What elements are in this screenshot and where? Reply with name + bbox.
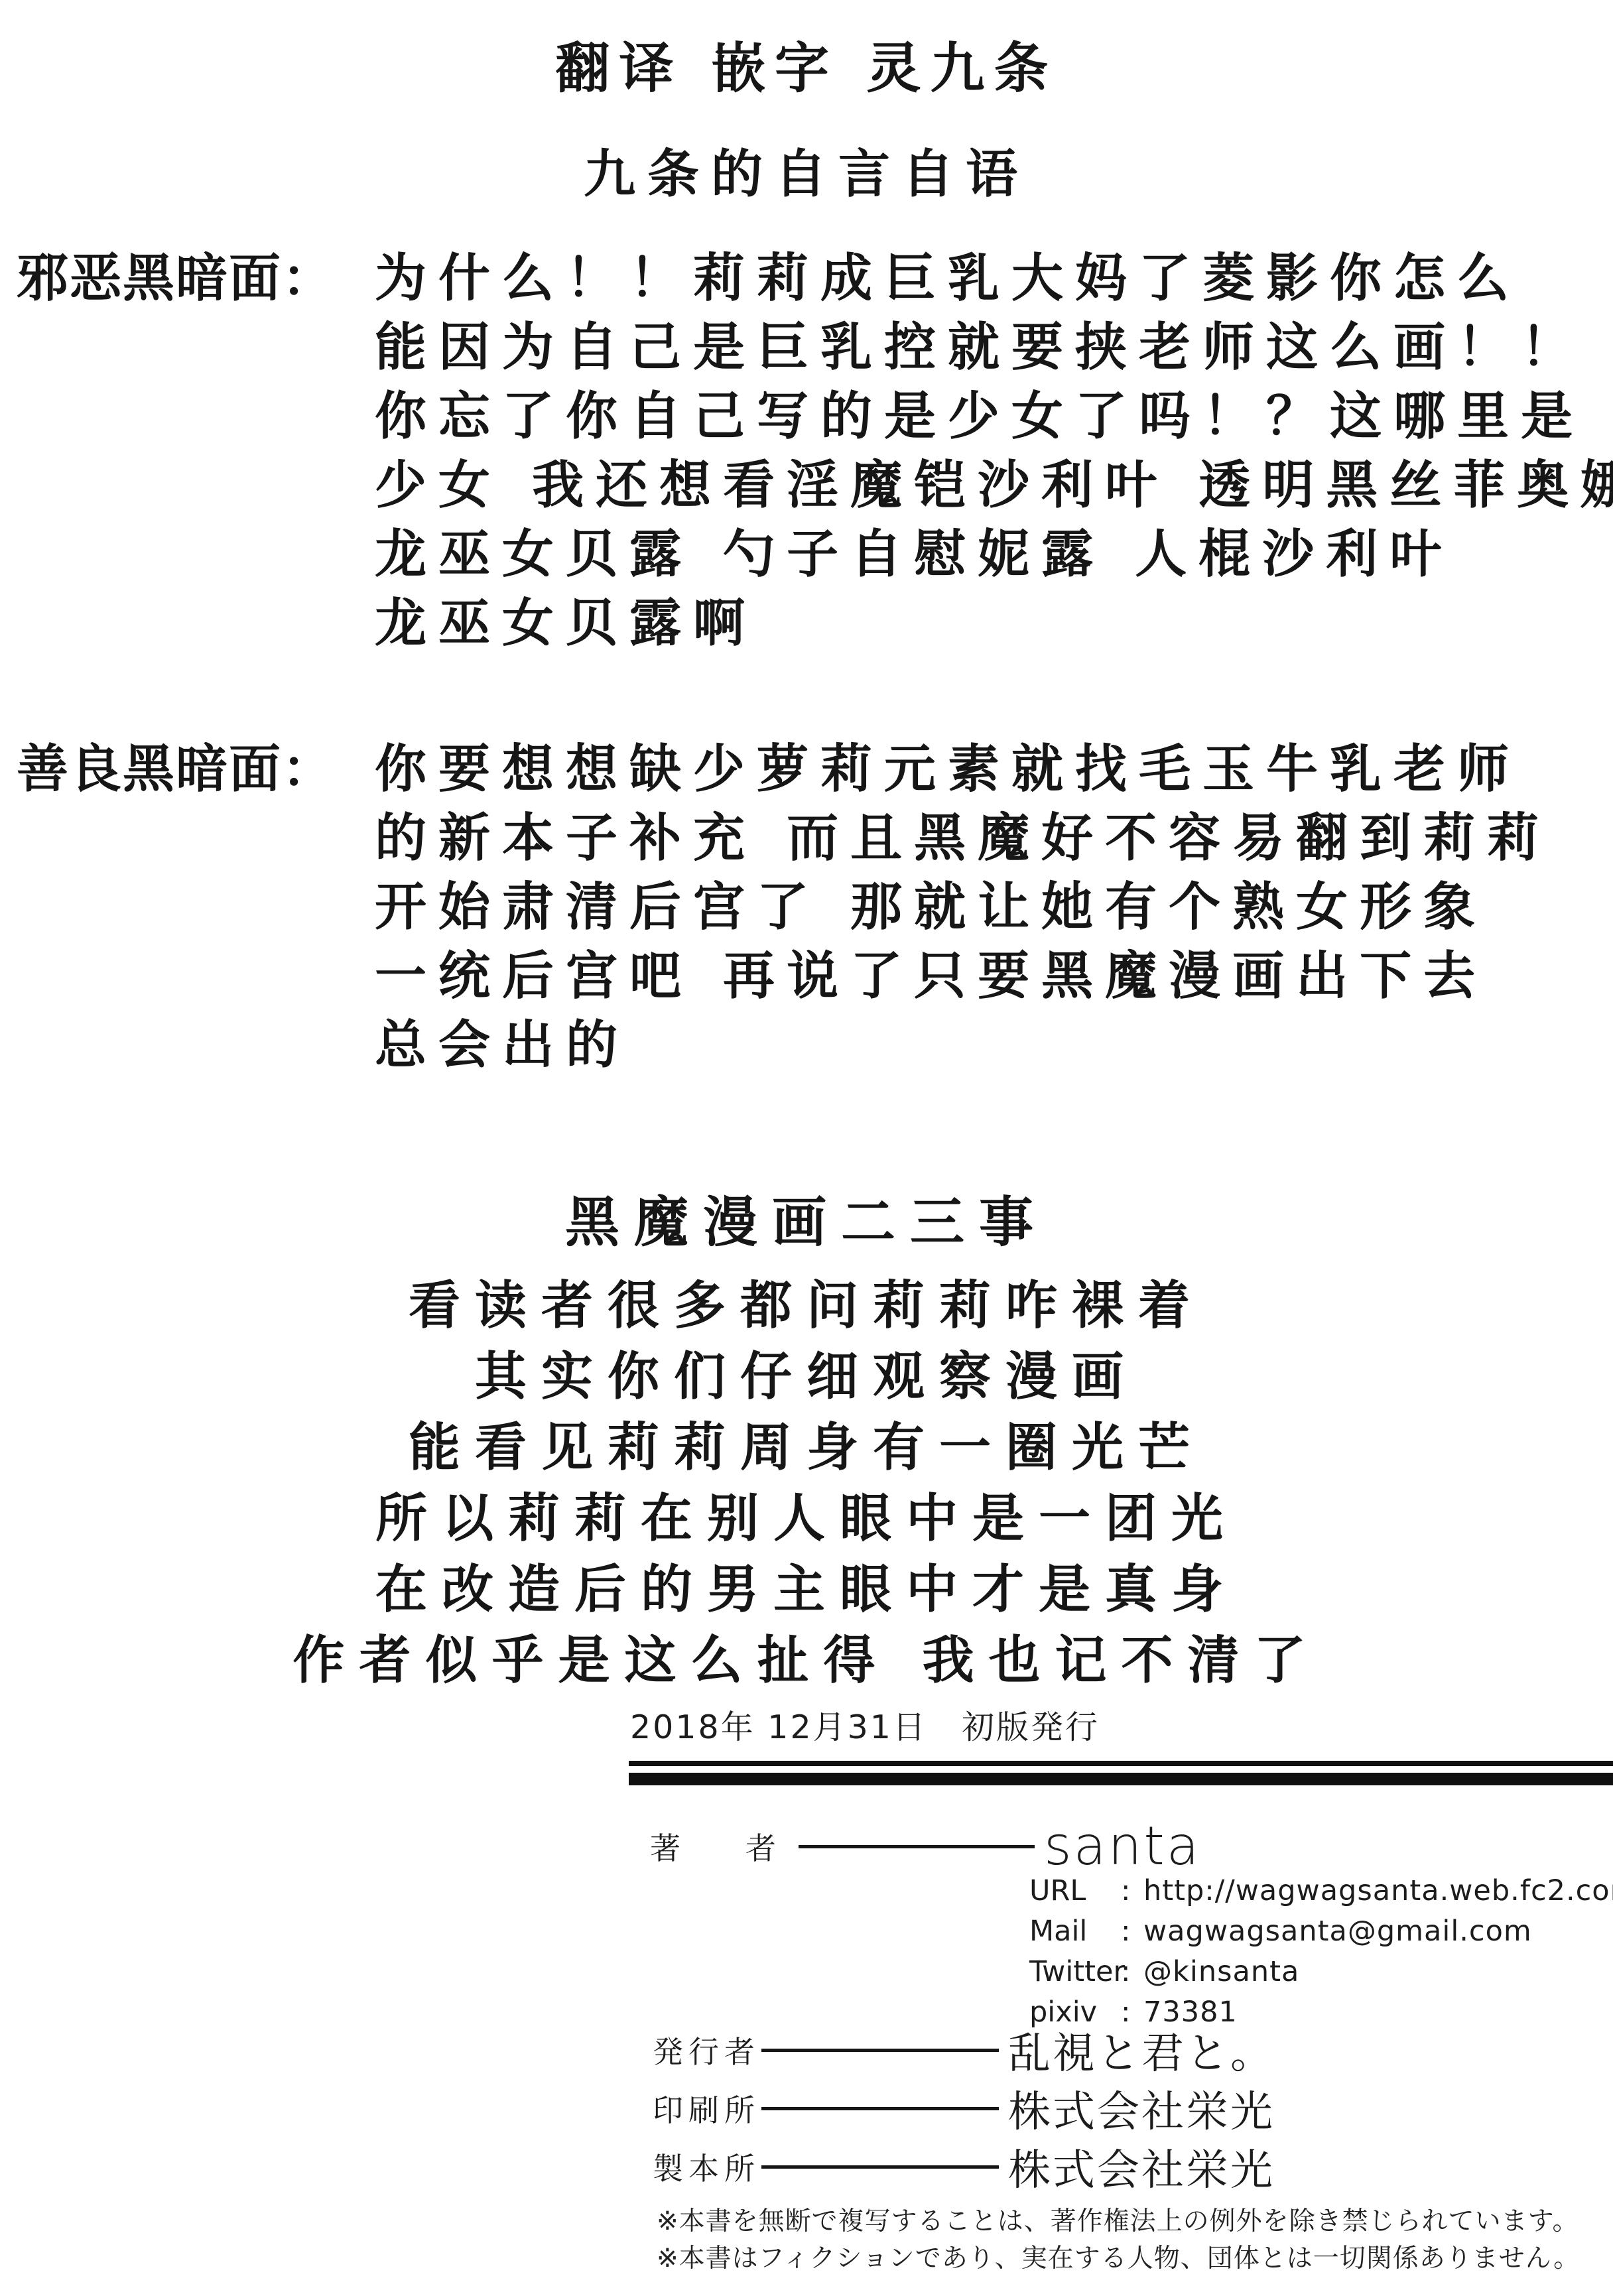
footnote-line: ※本書はフィクションであり、実在する人物、団体とは一切関係ありません。: [657, 2240, 1580, 2277]
footnotes: ※本書を無断で複写することは、著作権法上の例外を除き禁じられています。 ※本書は…: [657, 2203, 1580, 2277]
section-line: 开始肃清后宫了 那就让她有个熟女形象: [375, 873, 1551, 942]
publication-rows: 発行者 乱視と君と。 印刷所 株式会社栄光 製本所 株式会社栄光: [653, 2028, 1275, 2203]
contact-label: Mail: [1029, 1915, 1121, 1948]
notes-title: 黑魔漫画二三事: [0, 1179, 1613, 1257]
leader-line: [761, 2107, 999, 2110]
publication-date: 2018年 12月31日 初版発行: [630, 1702, 1100, 1748]
section-line: 的新本子补充 而且黑魔好不容易翻到莉莉: [375, 804, 1551, 873]
notes-block: 看读者很多都问莉莉咋裸着 其实你们仔细观察漫画 能看见莉莉周身有一圈光芒 所以莉…: [0, 1271, 1613, 1696]
section-line: 你要想想缺少萝莉元素就找毛玉牛乳老师: [375, 735, 1551, 804]
contact-row-url: URL : http://wagwagsanta.web.fc2.com: [1029, 1874, 1613, 1915]
divider-line-thick: [629, 1773, 1613, 1785]
section-label: 邪恶黑暗面：: [17, 244, 375, 313]
contact-row-mail: Mail : wagwagsanta@gmail.com: [1029, 1915, 1613, 1955]
author-name: santa: [1044, 1820, 1201, 1873]
note-line: 在改造后的男主眼中才是真身: [0, 1555, 1613, 1626]
section-evil-dark-side: 邪恶黑暗面： 为什么！！莉莉成巨乳大妈了菱影你怎么 能因为自己是巨乳控就要挟老师…: [17, 244, 1613, 658]
publisher-label: 発行者: [653, 2028, 757, 2072]
contact-colon: :: [1121, 1915, 1143, 1948]
publisher-row: 発行者 乱視と君と。: [653, 2028, 1275, 2072]
leader-line: [761, 2049, 999, 2052]
contact-colon: :: [1121, 1874, 1143, 1907]
note-line: 所以莉莉在别人眼中是一团光: [0, 1484, 1613, 1555]
monologue-title: 九条的自言自语: [0, 133, 1613, 207]
section-label: 善良黑暗面：: [17, 735, 375, 804]
leader-line: [799, 1845, 1035, 1848]
section-line: 少女 我还想看淫魔铠沙利叶 透明黑丝菲奥娜: [375, 451, 1613, 520]
binder-value: 株式会社栄光: [1008, 2136, 1275, 2197]
footnote-line: ※本書を無断で複写することは、著作権法上の例外を除き禁じられています。: [657, 2203, 1580, 2240]
section-line: 龙巫女贝露啊: [375, 589, 1613, 658]
section-line: 为什么！！莉莉成巨乳大妈了菱影你怎么: [375, 244, 1613, 313]
divider-line-thin: [629, 1761, 1613, 1766]
contact-value: wagwagsanta@gmail.com: [1143, 1915, 1532, 1948]
note-line: 其实你们仔细观察漫画: [0, 1342, 1613, 1413]
binder-label: 製本所: [653, 2145, 757, 2189]
contact-row-twitter: Twitter : @kinsanta: [1029, 1955, 1613, 1996]
contact-label: URL: [1029, 1874, 1121, 1907]
section-line: 能因为自己是巨乳控就要挟老师这么画！！: [375, 313, 1613, 382]
contact-label: Twitter: [1029, 1955, 1121, 1988]
contact-value: @kinsanta: [1143, 1955, 1299, 1988]
section-line: 龙巫女贝露 勺子自慰妮露 人棍沙利叶: [375, 520, 1613, 589]
contact-list: URL : http://wagwagsanta.web.fc2.com Mai…: [1029, 1874, 1613, 2036]
section-body: 你要想想缺少萝莉元素就找毛玉牛乳老师 的新本子补充 而且黑魔好不容易翻到莉莉 开…: [375, 735, 1551, 1080]
note-line: 能看见莉莉周身有一圈光芒: [0, 1413, 1613, 1484]
leader-line: [761, 2165, 999, 2169]
note-line: 看读者很多都问莉莉咋裸着: [0, 1271, 1613, 1342]
author-label: 著 者: [650, 1824, 793, 1868]
credits-line: 翻译 嵌字 灵九条: [0, 25, 1613, 103]
section-body: 为什么！！莉莉成巨乳大妈了菱影你怎么 能因为自己是巨乳控就要挟老师这么画！！ 你…: [375, 244, 1613, 658]
section-good-dark-side: 善良黑暗面： 你要想想缺少萝莉元素就找毛玉牛乳老师 的新本子补充 而且黑魔好不容…: [17, 735, 1551, 1080]
section-line: 你忘了你自己写的是少女了吗！？这哪里是: [375, 382, 1613, 451]
printer-row: 印刷所 株式会社栄光: [653, 2086, 1275, 2130]
afterword-page: 翻译 嵌字 灵九条 九条的自言自语 邪恶黑暗面： 为什么！！莉莉成巨乳大妈了菱影…: [0, 0, 1613, 2296]
note-line: 作者似乎是这么扯得 我也记不清了: [0, 1626, 1613, 1696]
printer-label: 印刷所: [653, 2086, 757, 2130]
contact-value: http://wagwagsanta.web.fc2.com: [1143, 1874, 1613, 1907]
publisher-value: 乱視と君と。: [1008, 2019, 1275, 2080]
section-line: 一统后宫吧 再说了只要黑魔漫画出下去: [375, 942, 1551, 1011]
binder-row: 製本所 株式会社栄光: [653, 2145, 1275, 2189]
author-row: 著 者 santa: [650, 1818, 1201, 1874]
section-line: 总会出的: [375, 1011, 1551, 1080]
printer-value: 株式会社栄光: [1008, 2078, 1275, 2139]
contact-colon: :: [1121, 1955, 1143, 1988]
